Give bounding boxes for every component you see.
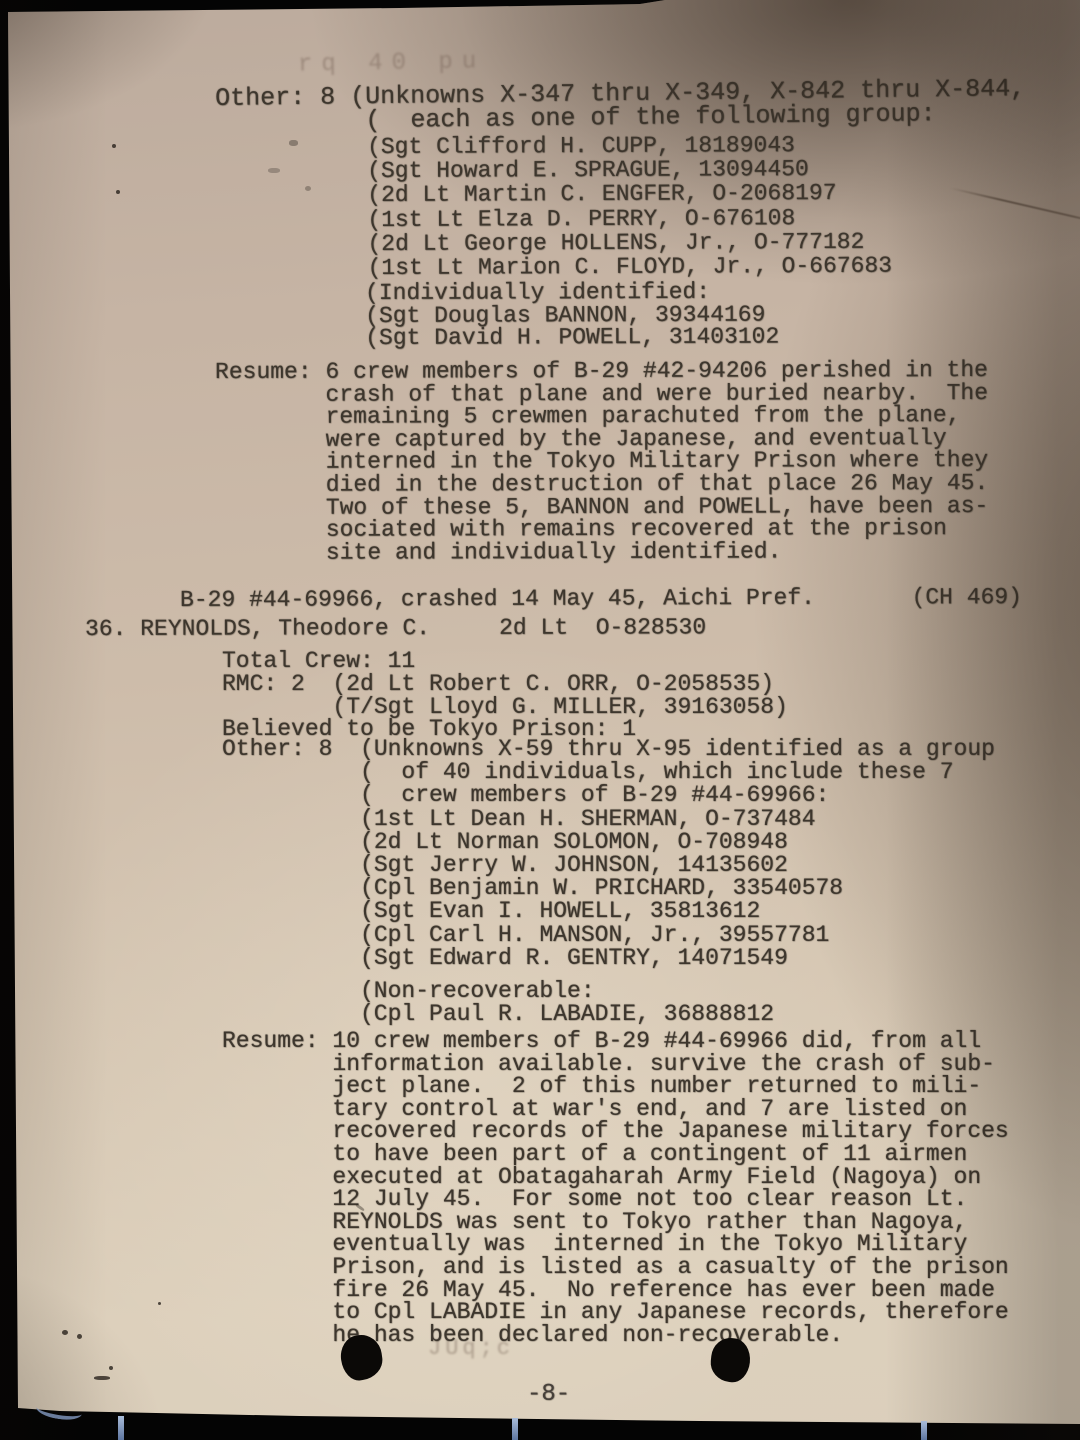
entry35-individually-identified-list: (Individually identified: (Sgt Douglas B… [365,281,779,350]
entry35-other-names-list: (Sgt Clifford H. CUPP, 18189043 (Sgt How… [367,133,892,281]
entry35-other-header: Other: 8 (Unknowns X-347 thru X-349, X-8… [215,77,1026,135]
ink-speck [62,1330,68,1335]
entry36-crew-stats: Total Crew: 11 RMC: 2 (2d Lt Robert C. O… [222,650,788,741]
entry36-non-recoverable-list: (Non-recoverable: (Cpl Paul R. LABADIE, … [360,980,774,1026]
ink-smudge [94,1376,110,1380]
ink-speck [109,1366,113,1370]
ink-smudge [268,168,280,173]
entry36-name-line: 36. REYNOLDS, Theodore C. 2d Lt O-828530 [85,616,706,640]
desk-slat-divider [118,1416,124,1440]
entry36-resume-paragraph: Resume: 10 crew members of B-29 #44-6996… [222,1030,1009,1346]
ink-smudge [289,140,298,146]
entry36-aircraft-line: B-29 #44-69966, crashed 14 May 45, Aichi… [180,586,1022,612]
desk-slat-divider [512,1418,518,1440]
document-photo: rq 40 pu JUq;c Other: 8 (Unknowns X-347 … [0,0,1080,1440]
entry35-resume-paragraph: Resume: 6 crew members of B-29 #42-94206… [215,359,988,564]
ink-speck [112,144,116,148]
entry36-other-group-list: Other: 8 (Unknowns X-59 thru X-95 identi… [222,738,995,970]
desk-slat-divider [921,1421,927,1440]
page-number: -8- [527,1384,570,1407]
ink-speck [77,1334,82,1339]
ink-smudge [305,186,311,191]
ink-speck [116,190,120,194]
ink-speck [158,1302,161,1305]
